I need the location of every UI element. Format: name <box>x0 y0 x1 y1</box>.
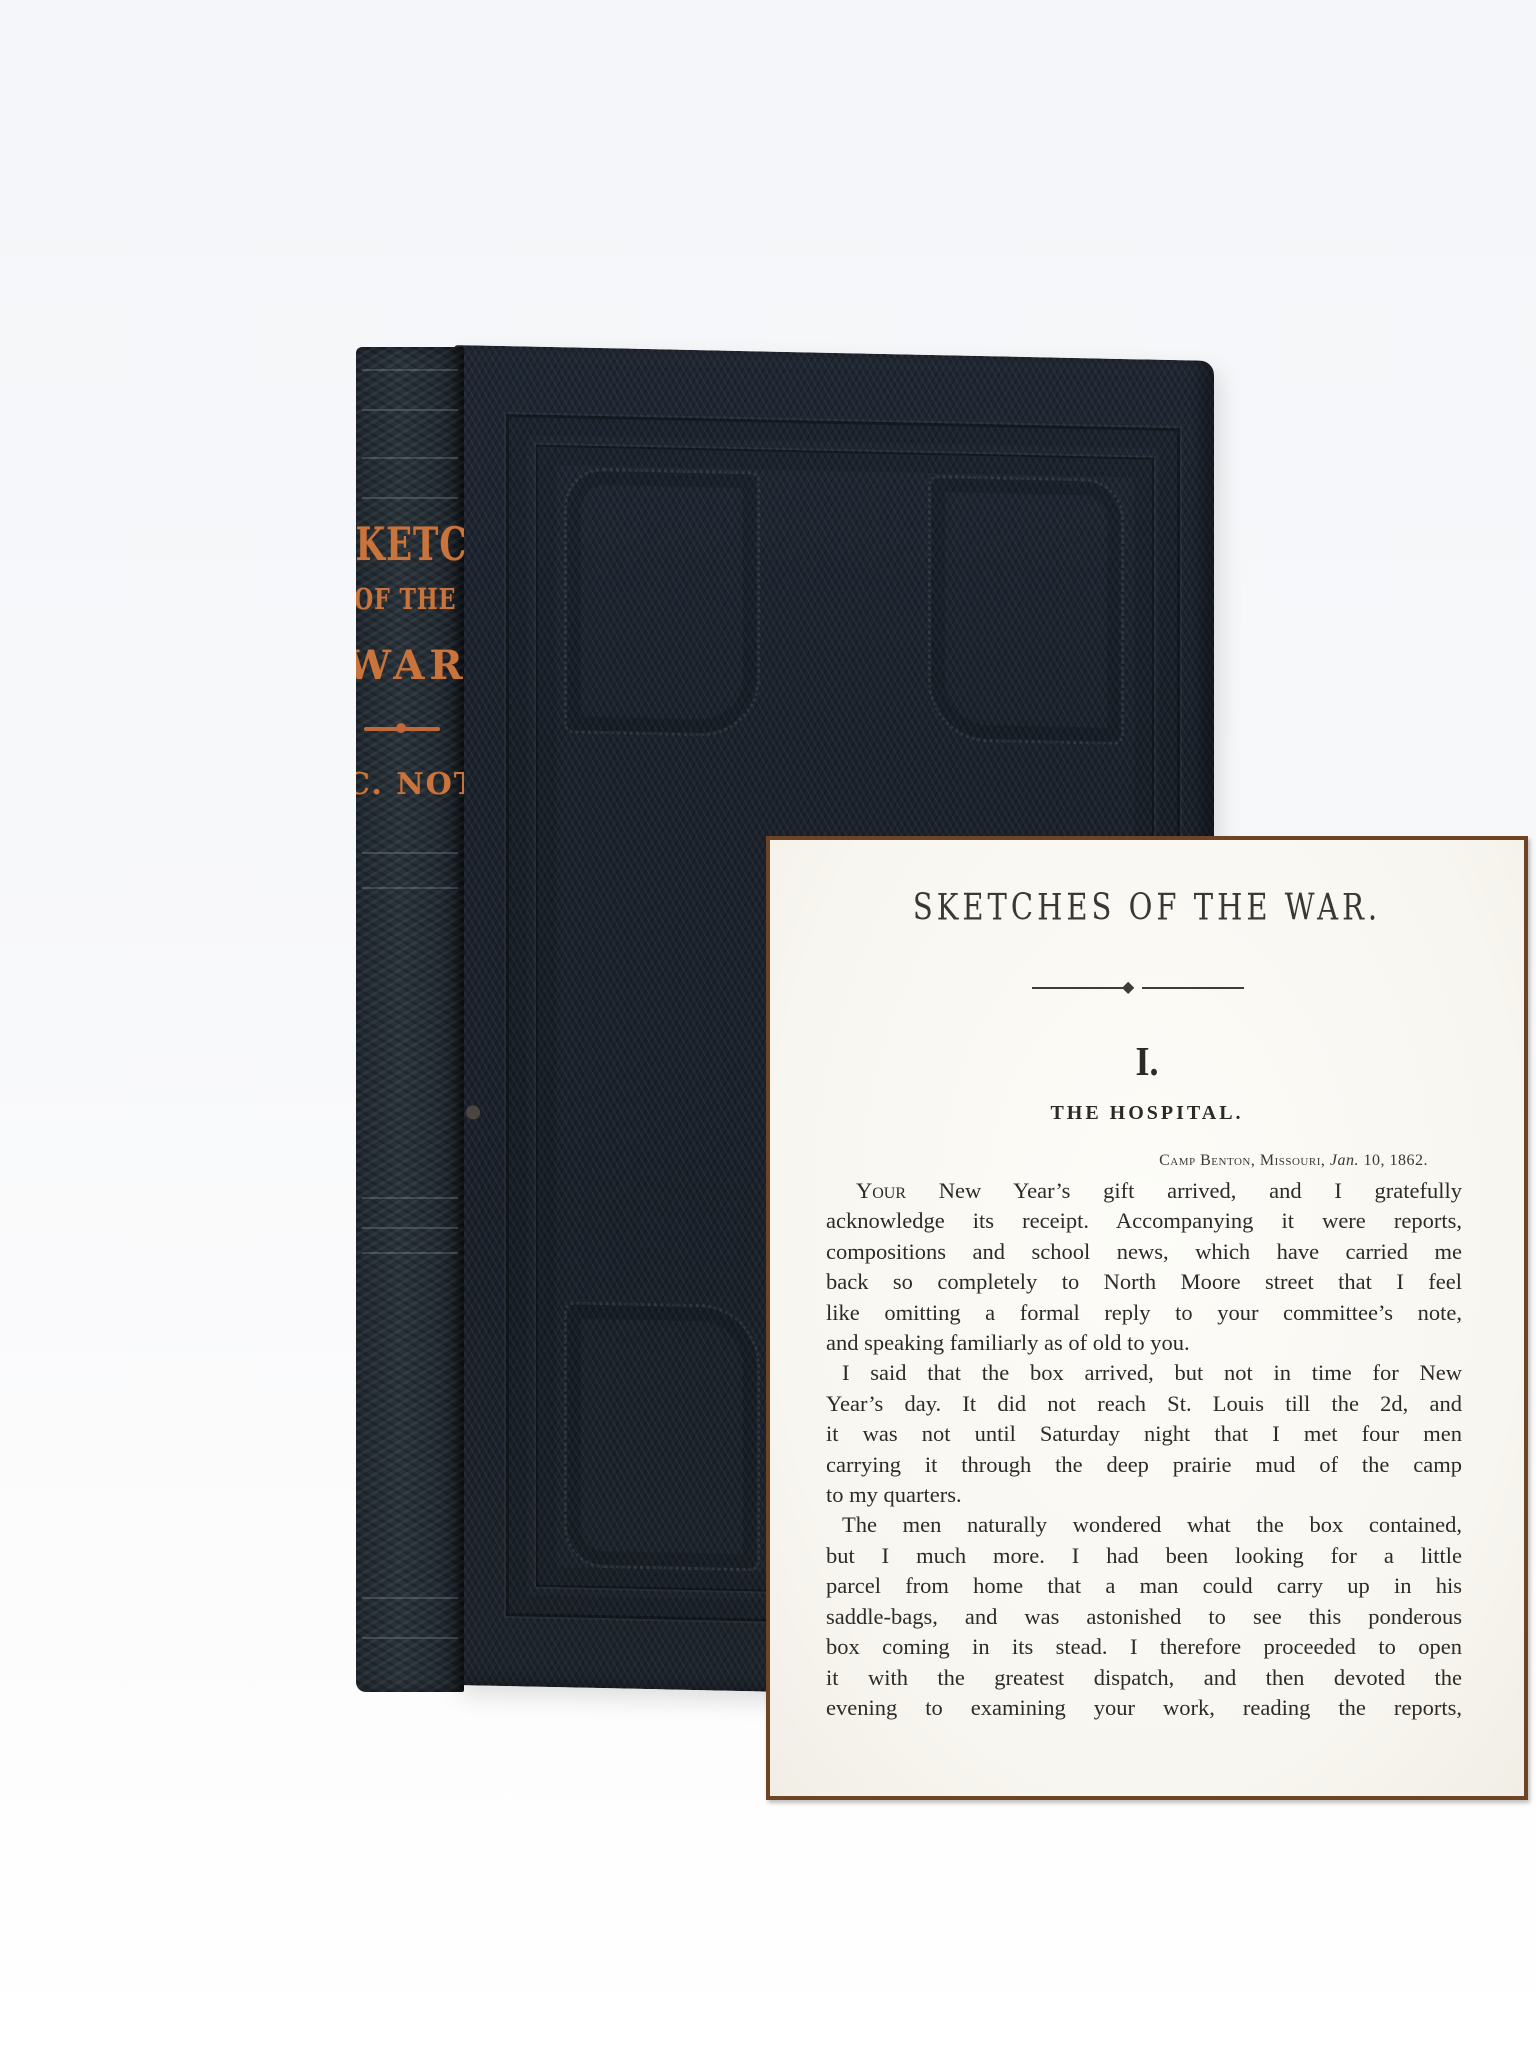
text-line: compositions and school news, which have… <box>826 1237 1462 1267</box>
spine-band <box>362 1597 458 1599</box>
spine-band <box>362 1227 458 1229</box>
text-page-inset: SKETCHES OF THE WAR. ◆ I. THE HOSPITAL. … <box>766 836 1528 1800</box>
corner-ornament-bottom-left <box>564 1301 760 1571</box>
text-line: it was not until Saturday night that I m… <box>826 1419 1462 1449</box>
chapter-number: I. <box>770 1037 1524 1085</box>
dateline-month: Jan. <box>1330 1152 1359 1169</box>
dateline-place: Camp Benton, Missouri, <box>1159 1152 1325 1169</box>
text-line: back so completely to North Moore street… <box>826 1267 1462 1297</box>
text-line: carrying it through the deep prairie mud… <box>826 1450 1462 1480</box>
spine-band <box>362 852 458 854</box>
spine-band <box>362 1252 458 1254</box>
text-line: I said that the box arrived, but not in … <box>826 1358 1462 1388</box>
corner-ornament-top-left <box>564 467 760 737</box>
divider-rule-right <box>1142 987 1244 989</box>
text-line: box coming in its stead. I therefore pro… <box>826 1632 1462 1662</box>
spine-ornament-icon <box>364 727 440 731</box>
spine-band <box>362 1637 458 1639</box>
text-line: it with the greatest dispatch, and then … <box>826 1663 1462 1693</box>
text-line: to my quarters. <box>826 1480 1462 1510</box>
spine-author: C. NOTT <box>356 767 464 802</box>
text-line: and speaking familiarly as of old to you… <box>826 1328 1462 1358</box>
lead-small-caps: Your <box>856 1178 906 1203</box>
spine-band <box>362 497 458 499</box>
page-running-title: SKETCHES OF THE WAR. <box>770 886 1524 929</box>
chapter-title: THE HOSPITAL. <box>770 1102 1524 1125</box>
divider-rule-left <box>1032 987 1124 989</box>
text-line: acknowledge its receipt. Accompanying it… <box>826 1206 1462 1236</box>
text-line: evening to examining your work, reading … <box>826 1693 1462 1723</box>
spine-title-line-1: SKETCHES <box>356 518 464 572</box>
spine-band <box>362 457 458 459</box>
letter-dateline: Camp Benton, Missouri, Jan. 10, 1862. <box>1159 1152 1428 1170</box>
text-line: saddle-bags, and was astonished to see t… <box>826 1602 1462 1632</box>
cover-wear-spot <box>466 1105 480 1119</box>
text-line: Your New Year’s gift arrived, and I grat… <box>826 1176 1462 1206</box>
divider-ornament-icon: ◆ <box>1122 981 1134 995</box>
text-line: but I much more. I had been looking for … <box>826 1541 1462 1571</box>
page-body-text: Your New Year’s gift arrived, and I grat… <box>826 1176 1462 1723</box>
spine-title-line-3: WAR <box>356 642 464 689</box>
spine-title-line-2: OF THE <box>356 583 464 617</box>
spine-band <box>362 887 458 889</box>
spine-band <box>362 1197 458 1199</box>
dateline-date: 10, 1862. <box>1364 1152 1429 1169</box>
product-photo-scene: SKETCHES OF THE WAR C. NOTT SKETCHES OF … <box>0 0 1536 2048</box>
text-line: like omitting a formal reply to your com… <box>826 1298 1462 1328</box>
corner-ornament-top-right <box>928 475 1124 745</box>
text-line: Year’s day. It did not reach St. Louis t… <box>826 1389 1462 1419</box>
spine-band <box>362 409 458 411</box>
book-spine: SKETCHES OF THE WAR C. NOTT <box>356 347 464 1692</box>
text-line: parcel from home that a man could carry … <box>826 1571 1462 1601</box>
spine-band <box>362 369 458 371</box>
text-line: The men naturally wondered what the box … <box>826 1510 1462 1540</box>
